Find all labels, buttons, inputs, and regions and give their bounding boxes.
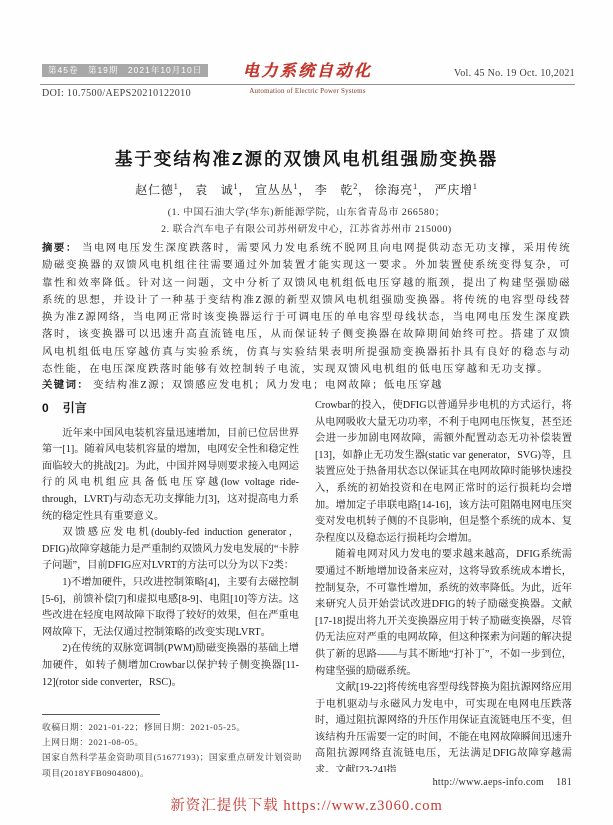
footnote-divider [42,714,160,715]
footnote-block: 收稿日期：2021-01-22；修回日期：2021-05-25。 上网日期：20… [42,714,304,781]
section-title: 引言 [63,401,87,415]
article-title: 基于变结构准Z源的双馈风电机组强励变换器 [0,146,613,171]
section-heading: 0引言 [42,400,299,417]
page-number: 181 [556,777,572,788]
paragraph: 文献[19-22]将传统电容型母线替换为阻抗源网络应用于电机驱动与永磁风力发电中… [315,680,572,772]
volume-issue-date: Vol. 45 No. 19 Oct. 10,2021 [454,68,575,79]
paragraph: 2)在传统的双脉宽调制(PWM)励磁变换器的基础上增加硬件，如转子侧增加Crow… [42,641,299,691]
journal-url: http://www.aeps-info.com [433,777,545,788]
author-line: 赵仁德1， 袁 诚1， 宣丛丛1， 李 乾2， 徐海亮1， 严庆增1 [0,181,613,198]
section-number: 0 [42,401,49,415]
footnote-funding: 国家自然科学基金资助项目(51677193)；国家重点研发计划资助项目(2018… [42,750,304,780]
abstract-label: 摘要： [42,243,78,254]
abstract-text: 当电网电压发生深度跌落时，需要风力发电系统不脱网且向电网提供动态无功支撑，采用传… [42,243,571,375]
paragraph: 近年来中国风电装机容量迅速增加，目前已位居世界第一[1]。随着风电装机容量的增加… [42,426,299,526]
download-watermark: 新资汇提供下载 https://www.z3060.com [0,794,613,815]
doi-text: DOI: 10.7500/AEPS20210122010 [42,88,191,99]
author: 宣丛丛1， [255,183,311,197]
paragraph: Crowbar的投入，使DFIG以普通异步电机的方式运行，将从电网吸收大量无功功… [315,398,572,547]
author: 徐海亮1， [375,183,431,197]
body-column-right: Crowbar的投入，使DFIG以普通异步电机的方式运行，将从电网吸收大量无功功… [315,398,572,772]
paragraph: 随着电网对风力发电的要求越来越高，DFIG系统需要通过不断地增加设备来应对，这将… [315,547,572,680]
header-divider [40,84,575,85]
author: 严庆增1 [435,183,478,197]
author: 袁 诚1， [195,183,251,197]
journal-header: 第45卷 第19期 2021年10月10日 DOI: 10.7500/AEPS2… [40,58,575,106]
keywords-text: 变结构准Z源；双馈感应发电机；风力发电；电网故障；低电压穿越 [93,380,443,391]
body-column-left: 0引言 近年来中国风电装机容量迅速增加，目前已位居世界第一[1]。随着风电装机容… [42,398,299,712]
issue-band: 第45卷 第19期 2021年10月10日 [42,64,208,77]
footnote-online-date: 上网日期：2021-08-05。 [42,735,304,750]
keywords: 关键词： 变结构准Z源；双馈感应发电机；风力发电；电网故障；低电压穿越 [42,376,571,391]
page-footer: http://www.aeps-info.com181 [315,777,572,788]
journal-logo-en: Automation of Electric Power Systems [249,87,365,95]
author: 赵仁德1， [135,183,191,197]
author: 李 乾2， [315,183,371,197]
journal-logo-cn: 电力系统自动化 [243,58,373,81]
affiliation-2: 2. 联合汽车电子有限公司苏州研发中心，江苏省苏州市 215000) [0,221,613,235]
footnote-received-date: 收稿日期：2021-01-22；修回日期：2021-05-25。 [42,720,304,735]
paragraph: 1)不增加硬件，只改进控制策略[4]，主要有去磁控制[5-6]，前馈补偿[7]和… [42,575,299,641]
paragraph: 双馈感应发电机(doubly-fed induction generator，D… [42,525,299,575]
affiliation-1: (1. 中国石油大学(华东)新能源学院，山东省青岛市 266580； [0,204,613,218]
paper-page: 第45卷 第19期 2021年10月10日 DOI: 10.7500/AEPS2… [0,0,613,825]
keywords-label: 关键词： [42,380,89,391]
abstract: 摘要： 当电网电压发生深度跌落时，需要风力发电系统不脱网且向电网提供动态无功支撑… [42,240,571,378]
